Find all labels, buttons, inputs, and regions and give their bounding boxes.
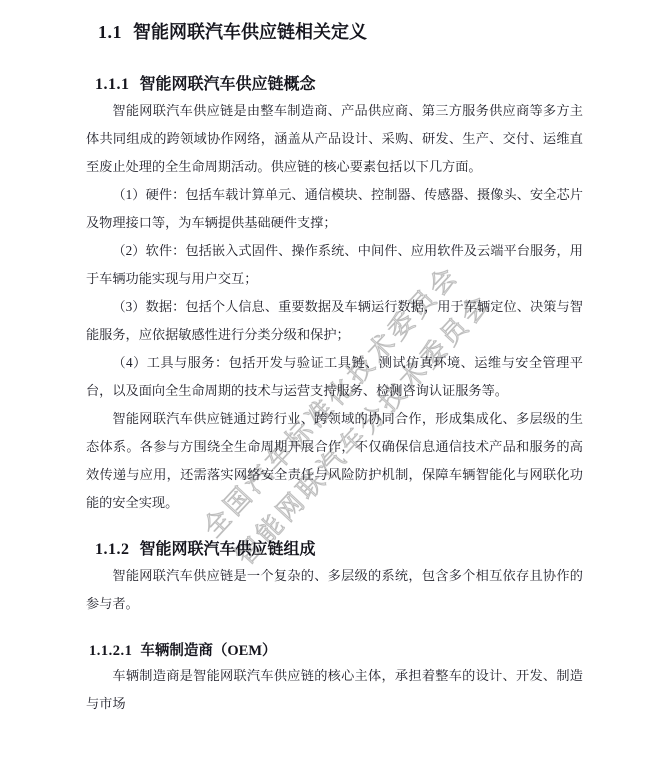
paragraph-item-hardware: （1）硬件：包括车载计算单元、通信模块、控制器、传感器、摄像头、安全芯片及物理接… (86, 181, 583, 237)
document-page: 全国汽车标准化技术委员会 智能网联汽车分技术委员会 1.1智能网联汽车供应链相关… (0, 0, 670, 778)
paragraph-concept-intro: 智能网联汽车供应链是由整车制造商、产品供应商、第三方服务供应商等多方主体共同组成… (86, 97, 583, 181)
heading-1-1-2: 1.1.2智能网联汽车供应链组成 (95, 538, 583, 562)
heading-1-1-2-title: 智能网联汽车供应链组成 (140, 541, 316, 558)
heading-1-1-1: 1.1.1智能网联汽车供应链概念 (95, 73, 583, 97)
paragraph-item-software: （2）软件：包括嵌入式固件、操作系统、中间件、应用软件及云端平台服务，用于车辆功… (86, 237, 583, 293)
heading-1-1-title: 智能网联汽车供应链相关定义 (133, 22, 367, 42)
paragraph-oem-intro: 车辆制造商是智能网联汽车供应链的核心主体，承担着整车的设计、开发、制造与市场 (86, 662, 583, 718)
heading-1-1-number: 1.1 (98, 22, 122, 42)
heading-1-1-2-1-number: 1.1.2.1 (89, 643, 132, 659)
paragraph-composition-intro: 智能网联汽车供应链是一个复杂的、多层级的系统，包含多个相互依存且协作的参与者。 (86, 562, 583, 618)
paragraph-item-data: （3）数据：包括个人信息、重要数据及车辆运行数据，用于车辆定位、决策与智能服务，… (86, 293, 583, 349)
heading-1-1-2-number: 1.1.2 (95, 541, 130, 558)
heading-1-1-2-1-title: 车辆制造商（OEM） (140, 643, 276, 659)
paragraph-ecosystem: 智能网联汽车供应链通过跨行业、跨领域的协同合作，形成集成化、多层级的生态体系。各… (86, 405, 583, 517)
heading-1-1-1-number: 1.1.1 (95, 76, 130, 93)
document-content: 1.1智能网联汽车供应链相关定义 1.1.1智能网联汽车供应链概念 智能网联汽车… (0, 0, 670, 718)
heading-1-1-1-title: 智能网联汽车供应链概念 (140, 76, 316, 93)
heading-1-1-2-1: 1.1.2.1车辆制造商（OEM） (89, 640, 583, 662)
paragraph-item-tools: （4）工具与服务：包括开发与验证工具链、测试仿真环境、运维与安全管理平台，以及面… (86, 349, 583, 405)
heading-1-1: 1.1智能网联汽车供应链相关定义 (98, 19, 583, 45)
